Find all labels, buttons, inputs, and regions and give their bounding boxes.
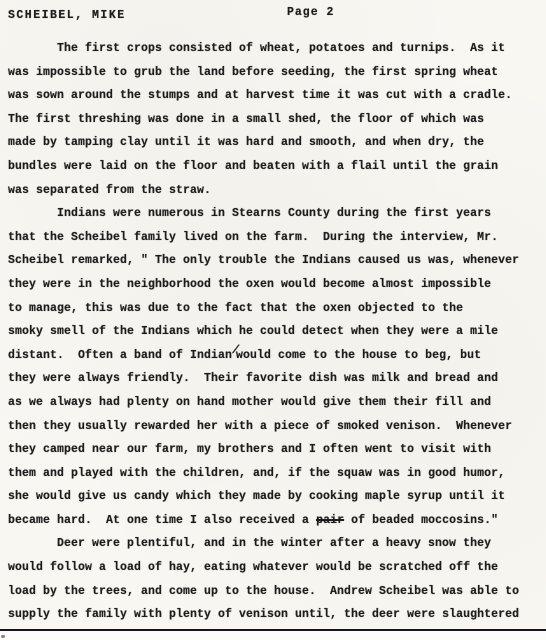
scan-edge-strip	[0, 631, 546, 640]
struck-word: pair	[316, 514, 344, 527]
text-line: they were in the neighborhood the oxen w…	[8, 273, 540, 297]
text-line: distant. Often a band of Indian/would co…	[8, 344, 540, 368]
text-line: that the Scheibel family lived on the fa…	[8, 226, 540, 250]
text-line: them and played with the children, and, …	[8, 462, 540, 486]
text-line: Indians were numerous in Stearns County …	[8, 202, 540, 226]
document-header-name: SCHEIBEL, MIKE	[8, 9, 126, 22]
text-line: they were always friendly. Their favorit…	[8, 367, 540, 391]
page-number-label: Page 2	[287, 6, 334, 19]
text-line: was impossible to grub the land before s…	[8, 61, 540, 85]
text-line: they camped near our farm, my brothers a…	[8, 438, 540, 462]
text-line: became hard. At one time I also received…	[8, 509, 540, 533]
text-line: bundles were laid on the floor and beate…	[8, 155, 540, 179]
text-line: load by the trees, and come up to the ho…	[8, 580, 540, 604]
text-line: was separated from the straw.	[8, 179, 540, 203]
text-line: Deer were plentiful, and in the winter a…	[8, 532, 540, 556]
text-line: was sown around the stumps and at harves…	[8, 84, 540, 108]
text-line: as we always had plenty on hand mother w…	[8, 391, 540, 415]
paragraph: Deer were plentiful, and in the winter a…	[8, 532, 540, 626]
text-line: The first crops consisted of wheat, pota…	[8, 37, 540, 61]
document-page: SCHEIBEL, MIKE Page 2 The first crops co…	[0, 0, 546, 640]
text-line: supply the family with plenty of venison…	[8, 603, 540, 627]
text-line: smoky smell of the Indians which he coul…	[8, 320, 540, 344]
text-line: The first threshing was done in a small …	[8, 108, 540, 132]
text-line: Scheibel remarked, " The only trouble th…	[8, 249, 540, 273]
document-body: The first crops consisted of wheat, pota…	[8, 37, 540, 627]
paragraph: The first crops consisted of wheat, pota…	[8, 37, 540, 202]
text-line: made by tamping clay until it was hard a…	[8, 131, 540, 155]
text-line: then they usually rewarded her with a pi…	[8, 415, 540, 439]
text-line: would follow a load of hay, eating whate…	[8, 556, 540, 580]
text-line: she would give us candy which they made …	[8, 485, 540, 509]
paragraph: Indians were numerous in Stearns County …	[8, 202, 540, 532]
text-line: to manage, this was due to the fact that…	[8, 297, 540, 321]
scan-artifact	[1, 635, 5, 638]
